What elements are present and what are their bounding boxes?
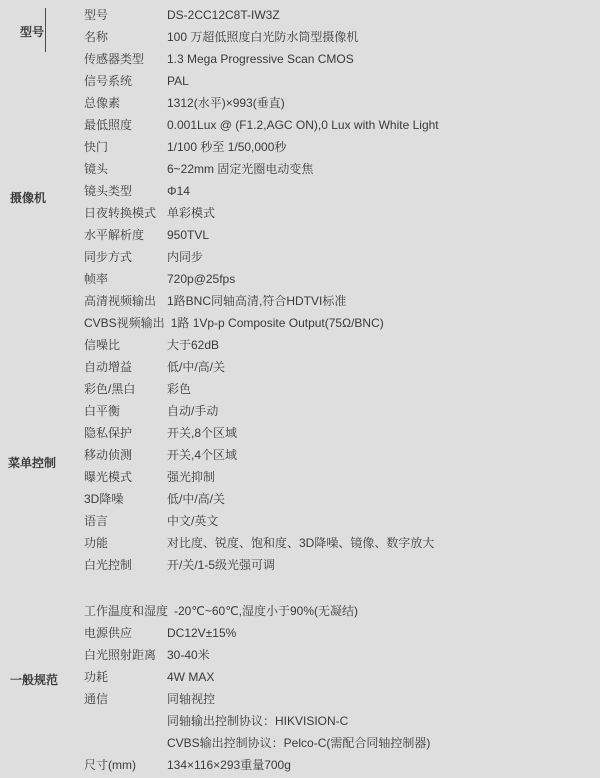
spec-name: 功耗 (84, 666, 167, 688)
spec-row: 隐私保护 开关,8个区域 (84, 422, 600, 444)
spec-value: 低/中/高/关 (167, 356, 225, 378)
spec-value: 同轴输出控制协议：HIKVISION-C (167, 710, 348, 732)
spec-value: 单彩模式 (167, 202, 215, 224)
spec-row: 3D降噪 低/中/高/关 (84, 488, 600, 510)
spec-row: 工作温度和湿度 -20℃~60℃,湿度小于90%(无凝结) (84, 600, 600, 622)
spec-row: 镜头 6~22mm 固定光圈电动变焦 (84, 158, 600, 180)
spec-row: 同步方式 内同步 (84, 246, 600, 268)
spec-sheet-page: 型号 摄像机 菜单控制 一般规范 型号 DS-2CC12C8T-IW3Z 名称 … (0, 0, 600, 778)
spec-name: 传感器类型 (84, 48, 167, 70)
spec-name: 3D降噪 (84, 488, 167, 510)
spec-name: 名称 (84, 26, 167, 48)
spec-name: 白光照射距离 (84, 644, 167, 666)
spec-row: 传感器类型 1.3 Mega Progressive Scan CMOS (84, 48, 600, 70)
spec-value: Φ14 (167, 180, 190, 202)
spec-row: 总像素 1312(水平)×993(垂直) (84, 92, 600, 114)
spec-value: -20℃~60℃,湿度小于90%(无凝结) (174, 600, 358, 622)
spec-name: 隐私保护 (84, 422, 167, 444)
spec-row: 通信 同轴视控 (84, 688, 600, 710)
spec-name: 语言 (84, 510, 167, 532)
spec-value: 开/关/1-5级光强可调 (167, 554, 275, 576)
spec-row: 尺寸(mm) 134×116×293重量700g (84, 754, 600, 776)
spec-value: 4W MAX (167, 666, 214, 688)
category-label-camera: 摄像机 (10, 191, 46, 205)
spec-value: 30-40米 (167, 644, 210, 666)
spec-row: 镜头类型 Φ14 (84, 180, 600, 202)
spec-row: 日夜转换模式 单彩模式 (84, 202, 600, 224)
spec-row: 语言 中文/英文 (84, 510, 600, 532)
spec-row: 信噪比 大于62dB (84, 334, 600, 356)
spec-name: 彩色/黑白 (84, 378, 167, 400)
spec-value: 1路BNC同轴高清,符合HDTVI标准 (167, 290, 346, 312)
spec-name: 通信 (84, 688, 167, 710)
spec-value: 开关,4个区域 (167, 444, 237, 466)
spec-name: 高清视频输出 (84, 290, 167, 312)
spec-row: 帧率 720p@25fps (84, 268, 600, 290)
spec-row: CVBS输出控制协议：Pelco-C(需配合同轴控制器) (84, 732, 600, 754)
spec-row: 白光控制 开/关/1-5级光强可调 (84, 554, 600, 576)
category-label-model: 型号 (20, 25, 44, 39)
spec-value: 对比度、锐度、饱和度、3D降噪、镜像、数字放大 (167, 532, 434, 554)
spec-row: 最低照度 0.001Lux @ (F1.2,AGC ON),0 Lux with… (84, 114, 600, 136)
spec-value: 强光抑制 (167, 466, 215, 488)
spec-name: 日夜转换模式 (84, 202, 167, 224)
spec-row: 信号系统 PAL (84, 70, 600, 92)
spec-name: 功能 (84, 532, 167, 554)
spec-row: 名称 100 万超低照度白光防水筒型摄像机 (84, 26, 600, 48)
spec-value: DS-2CC12C8T-IW3Z (167, 4, 280, 26)
section-gap (84, 576, 600, 600)
spec-name: 最低照度 (84, 114, 167, 136)
spec-value: 彩色 (167, 378, 191, 400)
spec-row: 白平衡 自动/手动 (84, 400, 600, 422)
spec-row: 电源供应 DC12V±15% (84, 622, 600, 644)
spec-value: 134×116×293重量700g (167, 754, 291, 776)
spec-value: PAL (167, 70, 189, 92)
spec-name: 工作温度和湿度 (84, 600, 174, 622)
spec-name: 曝光模式 (84, 466, 167, 488)
spec-name: 电源供应 (84, 622, 167, 644)
spec-row: 功耗 4W MAX (84, 666, 600, 688)
spec-value: 0.001Lux @ (F1.2,AGC ON),0 Lux with Whit… (167, 114, 439, 136)
spec-value: 开关,8个区域 (167, 422, 237, 444)
spec-name: 白平衡 (84, 400, 167, 422)
spec-value: 低/中/高/关 (167, 488, 225, 510)
spec-value: CVBS输出控制协议：Pelco-C(需配合同轴控制器) (167, 732, 430, 754)
spec-row: 功能 对比度、锐度、饱和度、3D降噪、镜像、数字放大 (84, 532, 600, 554)
spec-value: 中文/英文 (167, 510, 218, 532)
spec-name: 尺寸(mm) (84, 754, 167, 776)
spec-name: 移动侦测 (84, 444, 167, 466)
spec-value: 自动/手动 (167, 400, 218, 422)
spec-row: 曝光模式 强光抑制 (84, 466, 600, 488)
spec-rows: 型号 DS-2CC12C8T-IW3Z 名称 100 万超低照度白光防水筒型摄像… (84, 4, 600, 776)
spec-value: 1路 1Vp-p Composite Output(75Ω/BNC) (171, 312, 384, 334)
spec-name: 镜头类型 (84, 180, 167, 202)
spec-value: 1312(水平)×993(垂直) (167, 92, 285, 114)
spec-name: 水平解析度 (84, 224, 167, 246)
spec-name: 型号 (84, 4, 167, 26)
spec-row: 白光照射距离 30-40米 (84, 644, 600, 666)
text-cursor (45, 8, 46, 52)
spec-value: 内同步 (167, 246, 203, 268)
spec-value: 1.3 Mega Progressive Scan CMOS (167, 48, 354, 70)
spec-row: 高清视频输出 1路BNC同轴高清,符合HDTVI标准 (84, 290, 600, 312)
spec-name: 白光控制 (84, 554, 167, 576)
spec-row: 水平解析度 950TVL (84, 224, 600, 246)
spec-value: 100 万超低照度白光防水筒型摄像机 (167, 26, 358, 48)
spec-value: DC12V±15% (167, 622, 236, 644)
spec-value: 720p@25fps (167, 268, 235, 290)
spec-value: 同轴视控 (167, 688, 215, 710)
spec-name: 帧率 (84, 268, 167, 290)
spec-value: 6~22mm 固定光圈电动变焦 (167, 158, 313, 180)
spec-name: 镜头 (84, 158, 167, 180)
spec-row: 快门 1/100 秒至 1/50,000秒 (84, 136, 600, 158)
spec-row: 自动增益 低/中/高/关 (84, 356, 600, 378)
spec-row: 同轴输出控制协议：HIKVISION-C (84, 710, 600, 732)
spec-name: 信号系统 (84, 70, 167, 92)
spec-name: 同步方式 (84, 246, 167, 268)
spec-value: 1/100 秒至 1/50,000秒 (167, 136, 286, 158)
spec-name: CVBS视频输出 (84, 312, 171, 334)
spec-name: 总像素 (84, 92, 167, 114)
spec-row: 移动侦测 开关,4个区域 (84, 444, 600, 466)
spec-row: 型号 DS-2CC12C8T-IW3Z (84, 4, 600, 26)
spec-name: 快门 (84, 136, 167, 158)
category-label-menu-control: 菜单控制 (8, 456, 56, 470)
spec-value: 大于62dB (167, 334, 219, 356)
spec-row: 彩色/黑白 彩色 (84, 378, 600, 400)
spec-name: 信噪比 (84, 334, 167, 356)
category-label-general-spec: 一般规范 (10, 673, 58, 687)
spec-row: CVBS视频输出 1路 1Vp-p Composite Output(75Ω/B… (84, 312, 600, 334)
spec-value: 950TVL (167, 224, 209, 246)
spec-name: 自动增益 (84, 356, 167, 378)
